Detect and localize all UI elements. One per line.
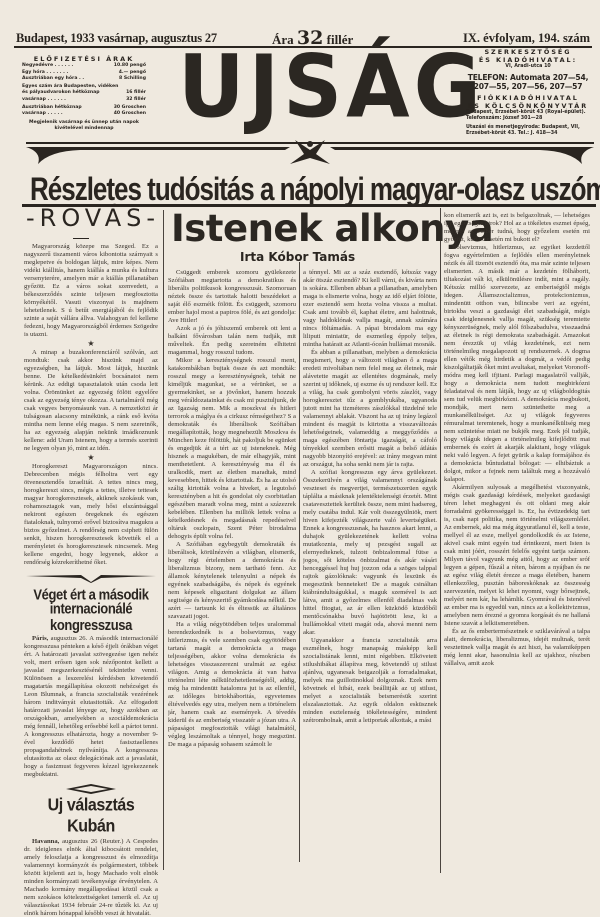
rovas-column: Magyarország közepe ma Szeged. Ez a nagy… — [24, 243, 158, 917]
star-separator-icon: ★ — [24, 453, 158, 463]
branch-line2: ÉS KÖLCSÖNKÖNYVTÁR — [466, 102, 590, 110]
story2-dateline: Páris, — [32, 635, 48, 642]
rovas-paragraph: Horogkereszt Magyarországon nincs. Debre… — [24, 463, 158, 567]
subscription-title: ELŐFIZETÉSI ÁRAK — [22, 56, 146, 62]
lead-paragraph: És az ős embertermészetnek e sziklaváráv… — [444, 628, 590, 668]
diamond-divider-icon — [66, 784, 116, 794]
column-rule — [299, 262, 300, 862]
lead-paragraph: És abban a pillanatban, melyben a demokr… — [303, 349, 437, 469]
office-phone: TELEFON: Automata 207—54, 207—55, 207—56… — [466, 73, 590, 92]
price-row: vasárnap . . . . .40 Groschen — [22, 111, 146, 117]
price-row-value: 8 Schilling — [119, 76, 146, 82]
star-separator-icon: ★ — [24, 339, 158, 349]
story3-text: augusztus 26 (Reuter.) A Cespedes dr. id… — [24, 838, 158, 917]
branch-line1: FIÓKKIADÓHIVATAL — [466, 94, 590, 102]
lead-paragraph: Akármilyen sulyosak a megélhetési viszon… — [444, 484, 590, 628]
masthead-logo: UJSÁG — [178, 42, 428, 134]
office-info-box: SZERKESZTŐSÉG ÉS KIADÓHIVATAL: VI, Aradi… — [466, 48, 590, 138]
office-line2: ÉS KIADÓHIVATAL: — [466, 56, 590, 64]
price-row-value: 32 fillér — [126, 97, 146, 103]
lead-paragraph: Ugyanakkor a francia szocialisták arra e… — [303, 637, 437, 725]
subscription-box: ELŐFIZETÉSI ÁRAK Negyedévre . . . . . .1… — [22, 56, 146, 132]
story3-dateline: Havanna, — [32, 838, 59, 845]
lead-paragraph: Azok a jó és jóhiszemű emberek ott lent … — [168, 325, 296, 357]
lead-column-1: Csüggedt emberek szomoru gyülekezete Szó… — [168, 269, 296, 869]
branch-address: Budapest, Erzsébet-körút 43 (Royal-épüle… — [466, 110, 590, 123]
column-rule — [163, 210, 164, 870]
price-row-value: 40 Groschen — [114, 111, 146, 117]
price-row-label: vasárnap . . . . . — [22, 111, 63, 117]
banner-headline: Részletes tudósitás a nápolyi magyar-ola… — [30, 170, 570, 209]
section-divider-icon — [26, 573, 156, 583]
lead-paragraph: a ténnyel. Mi az a száz esztendő, kétszá… — [303, 269, 437, 349]
price-row-label: vasárnap . . . . . . — [22, 97, 66, 103]
travel-office: Utazási és menetjegyiroda: Budapest, VII… — [466, 125, 590, 138]
office-address: VI, Aradi-utca 10 — [466, 64, 590, 71]
lead-paragraph: A Szófiában egybegyült demokraták és lib… — [168, 541, 296, 621]
lead-paragraph: Bolsevizmus, hitlerizmus, az egyiket kez… — [444, 244, 590, 484]
rovas-paragraph: A minap a buzakonferenciáról szólván, az… — [24, 349, 158, 453]
story3-title: Uj választás Kubán — [24, 795, 158, 837]
subscription-note: Megjelenik vasárnap és ünnep után napok … — [22, 120, 146, 133]
office-line1: SZERKESZTŐSÉG — [466, 48, 590, 56]
price-row: Ausztriában egy hóra . .8 Schilling — [22, 76, 146, 82]
lead-article-byline: Irta Kóbor Tamás — [240, 250, 355, 264]
lead-column-2: a ténnyel. Mi az a száz esztendő, kétszá… — [303, 269, 437, 869]
price-row-label: Ausztriában egy hóra . . — [22, 76, 84, 82]
lead-column-3: kon elismerik azt is, ezt is belgazoltna… — [444, 212, 590, 872]
lead-paragraph: Ha a világ négyötödében teljes uralommal… — [168, 621, 296, 749]
lead-paragraph: kon elismerik azt is, ezt is belgazoltna… — [444, 212, 590, 244]
lead-paragraph: Mikor a kereszténységnek rosszul ment, k… — [168, 357, 296, 541]
lead-paragraph: A szófiai kongresszus egy árva gyülekeze… — [303, 469, 437, 637]
rovas-column-title: -ROVÁS- — [26, 204, 160, 232]
story2-text: augusztus 26. A második internacionálé k… — [24, 635, 158, 778]
price-row: vasárnap . . . . . .32 fillér — [22, 97, 146, 103]
story2-title-line2: internacionálé kongresszusa — [24, 601, 158, 634]
lead-paragraph: Csüggedt emberek szomoru gyülekezete Szó… — [168, 269, 296, 325]
masthead-ornament-icon — [20, 138, 600, 168]
rovas-paragraph: Magyarország közepe ma Szeged. Ez a nagy… — [24, 243, 158, 339]
column-rule — [440, 208, 441, 873]
rovas-title-underline — [73, 238, 89, 239]
